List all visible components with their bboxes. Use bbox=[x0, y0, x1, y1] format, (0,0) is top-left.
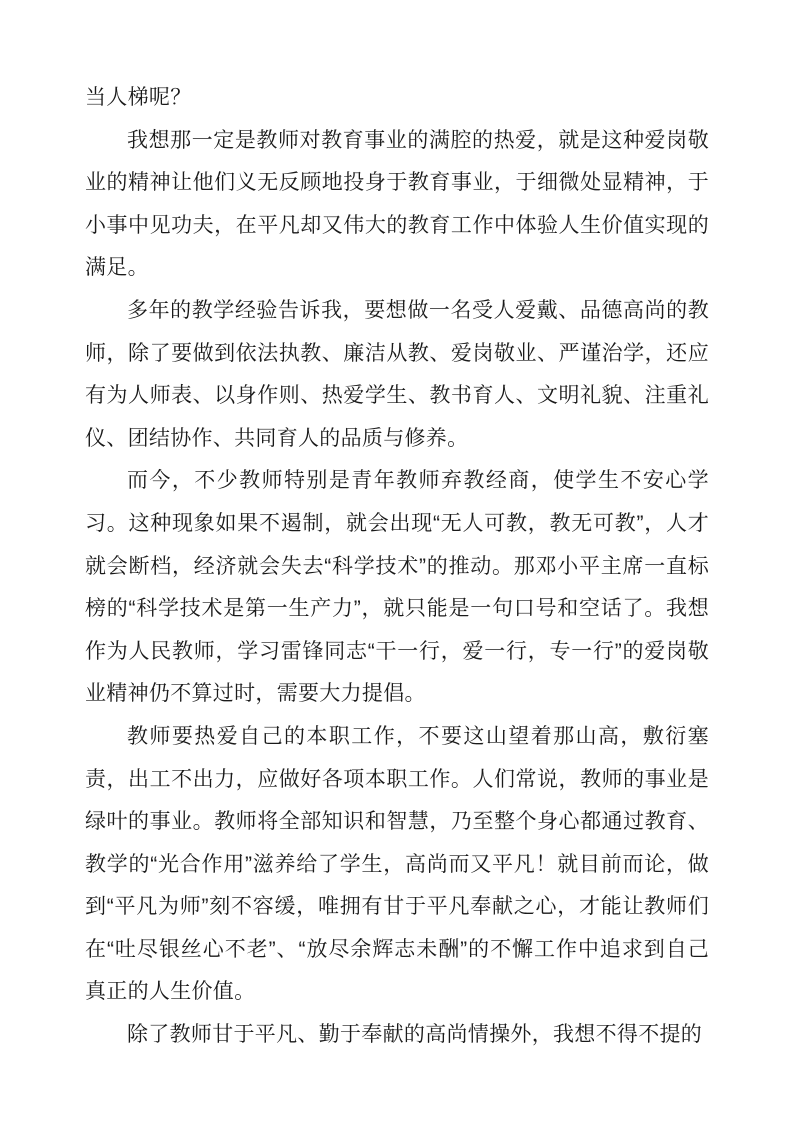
document-page: 当人梯呢？ 我想那一定是教师对教育事业的满腔的热爱，就是这种爱岗敬业的精神让他们… bbox=[0, 0, 793, 1122]
paragraph-4: 教师要热爱自己的本职工作，不要这山望着那山高，敷衍塞责，出工不出力，应做好各项本… bbox=[85, 716, 709, 1014]
paragraph-2: 多年的教学经验告诉我，要想做一名受人爱戴、品德高尚的教师，除了要做到依法执教、廉… bbox=[85, 290, 709, 460]
paragraph-5: 除了教师甘于平凡、勤于奉献的高尚情操外，我想不得不提的 bbox=[85, 1014, 709, 1057]
document-text-body: 当人梯呢？ 我想那一定是教师对教育事业的满腔的热爱，就是这种爱岗敬业的精神让他们… bbox=[85, 77, 709, 1057]
paragraph-3: 而今，不少教师特别是青年教师弃教经商，使学生不安心学习。这种现象如果不遏制，就会… bbox=[85, 460, 709, 716]
paragraph-1: 我想那一定是教师对教育事业的满腔的热爱，就是这种爱岗敬业的精神让他们义无反顾地投… bbox=[85, 120, 709, 290]
paragraph-continuation: 当人梯呢？ bbox=[85, 77, 709, 120]
